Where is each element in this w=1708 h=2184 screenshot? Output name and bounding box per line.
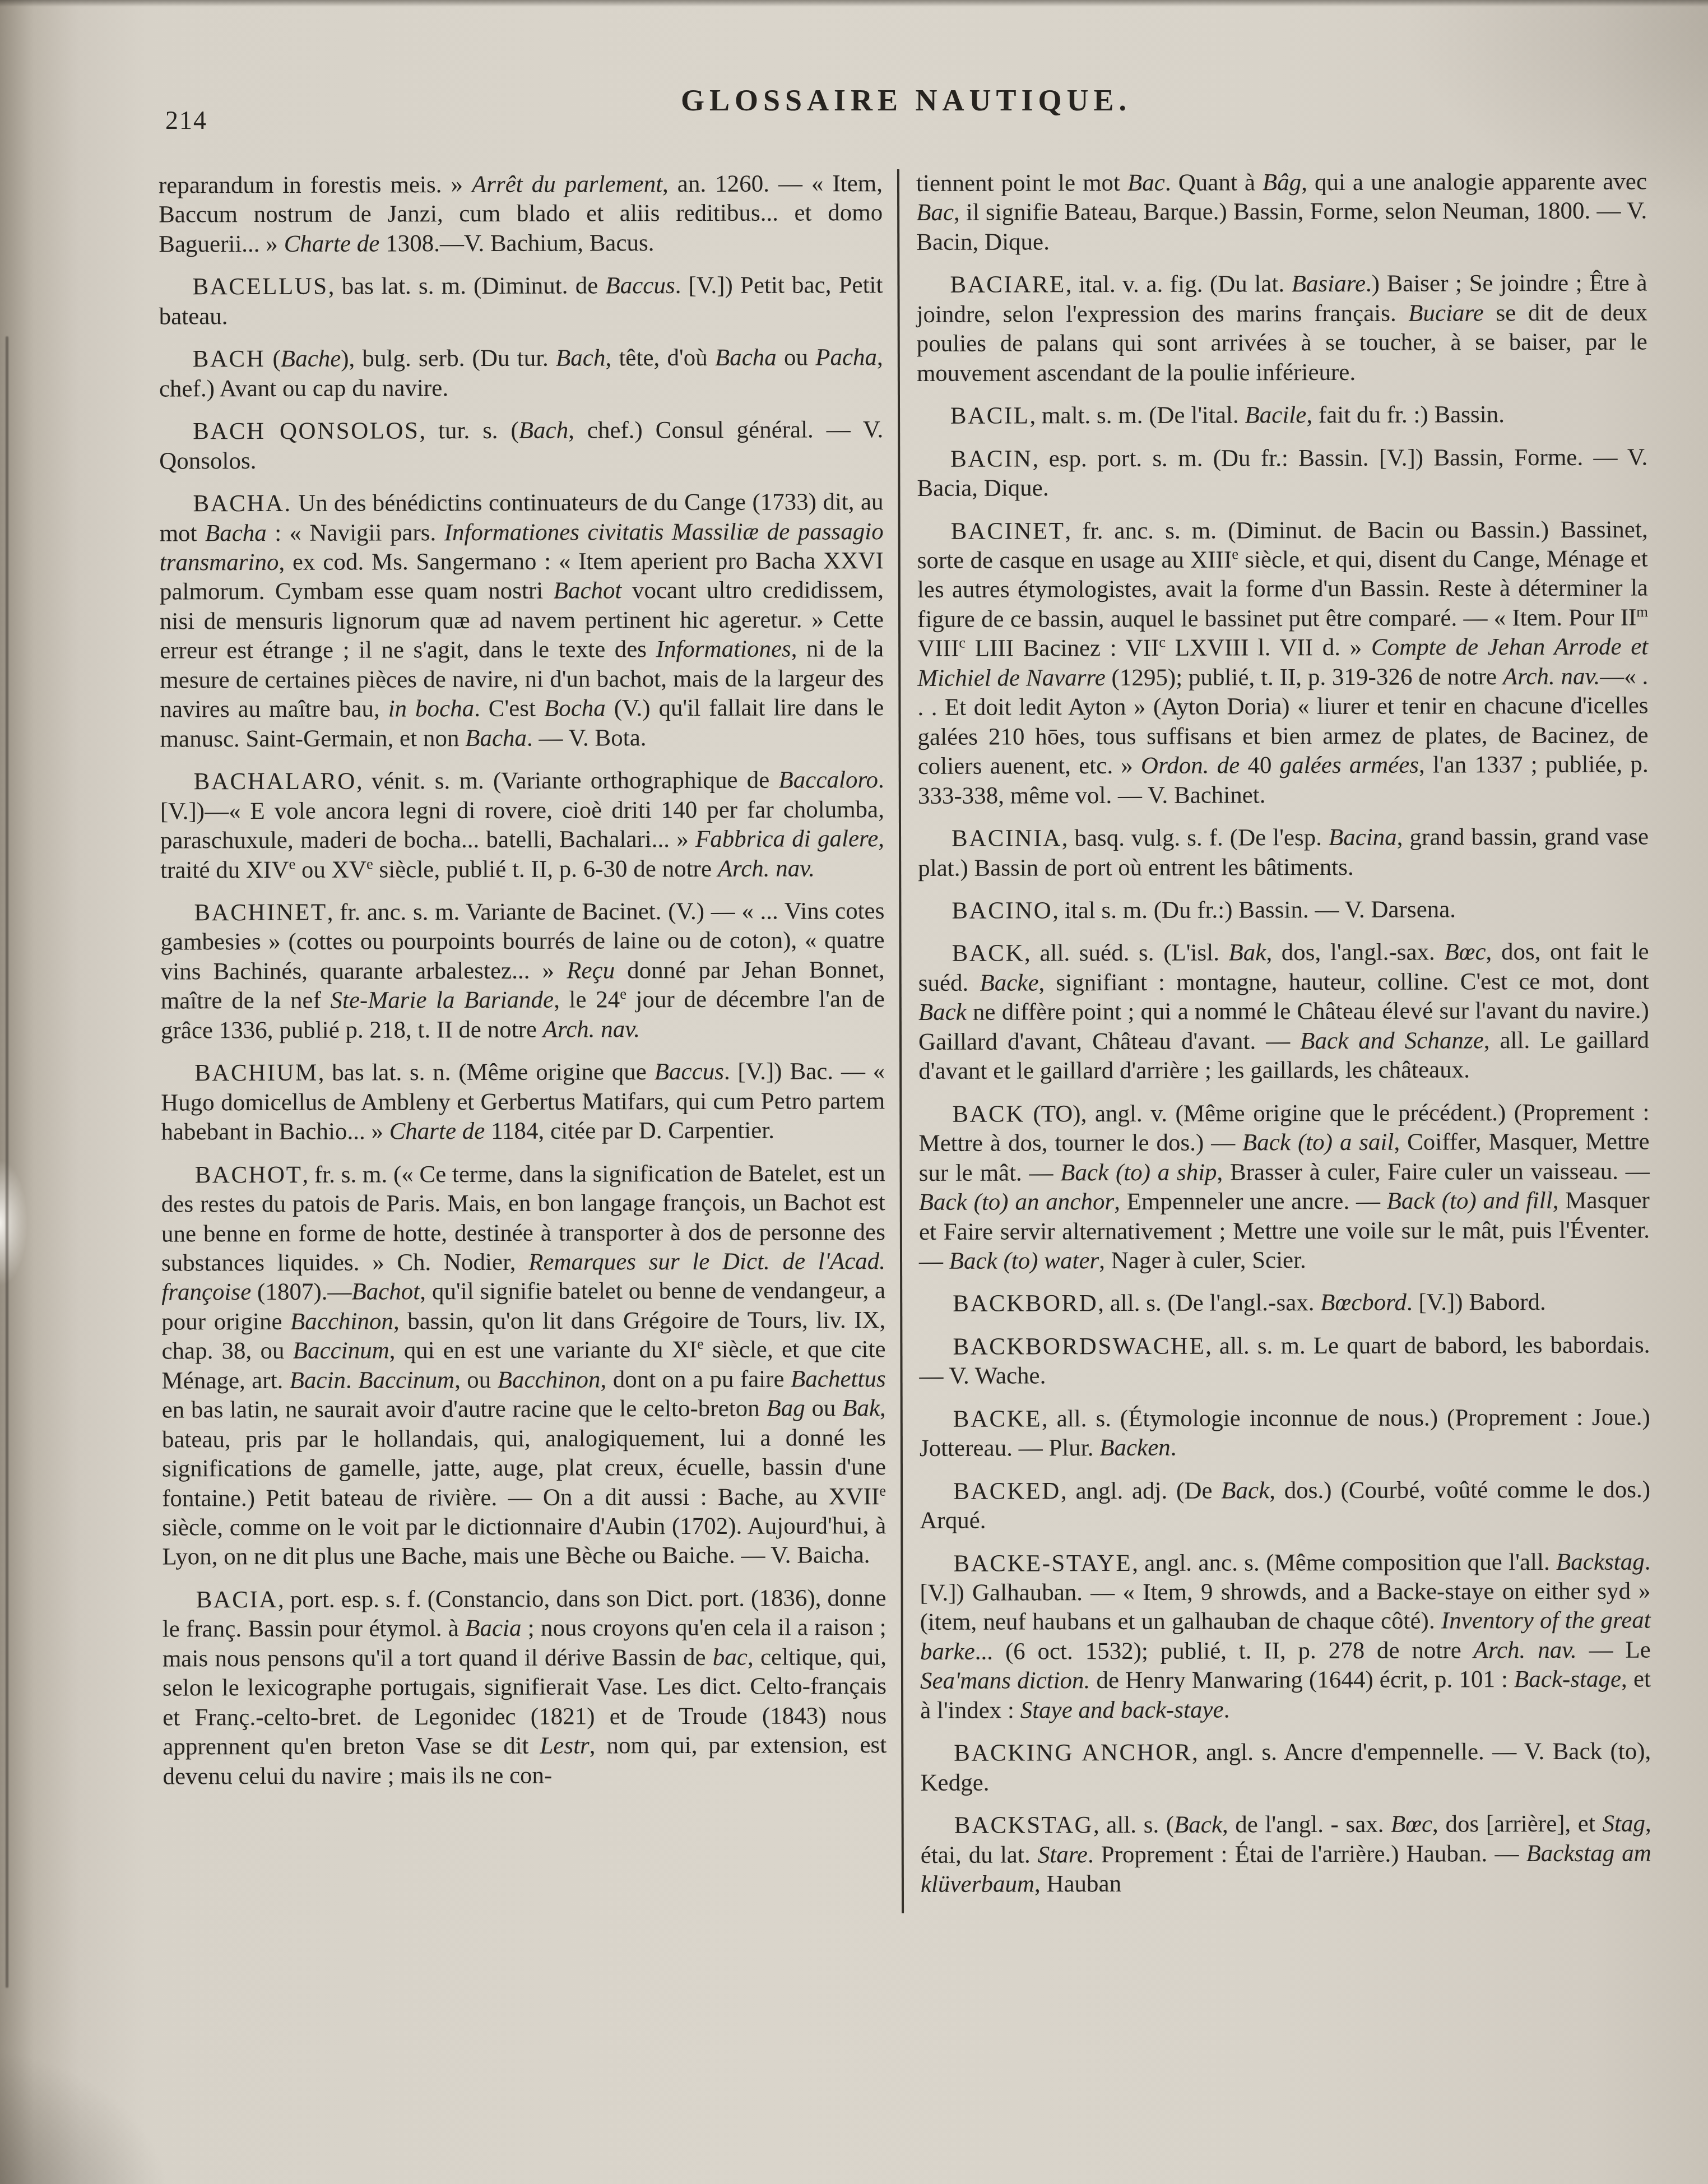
dictionary-entry: BACIN, esp. port. s. m. (Du fr.: Bassin.…: [917, 443, 1647, 503]
column-left: reparandum in forestis meis. » Arrêt du …: [159, 169, 887, 1915]
dictionary-entry: BACHA. Un des bénédictins continuateurs …: [159, 488, 884, 754]
dictionary-entry: BACINO, ital s. m. (Du fr.:) Bassin. — V…: [918, 894, 1649, 926]
dictionary-entry: BACH QONSOLOS, tur. s. (Bach, chef.) Con…: [159, 415, 883, 476]
dictionary-entry: BACHALARO, vénit. s. m. (Variante orthog…: [160, 766, 885, 885]
dictionary-entry: BACKBORDSWACHE, all. s. m. Le quart de b…: [919, 1330, 1650, 1391]
dictionary-entry: BACKE, all. s. (Étymologie inconnue de n…: [920, 1403, 1650, 1463]
dictionary-entry: BACHIUM, bas lat. s. n. (Même origine qu…: [161, 1057, 885, 1147]
column-divider-rule: [897, 169, 904, 1913]
dictionary-entry: BACKE-STAYE, angl. anc. s. (Même composi…: [920, 1547, 1651, 1726]
dictionary-entry: BACELLUS, bas lat. s. m. (Diminut. de Ba…: [159, 271, 883, 331]
text-block: reparandum in forestis meis. » Arrêt du …: [159, 168, 1654, 1916]
dictionary-entry: BACINET, fr. anc. s. m. (Diminut. de Bac…: [917, 515, 1649, 811]
dictionary-entry: BACH (Bache), bulg. serb. (Du tur. Bach,…: [159, 343, 883, 404]
dictionary-entry: BACKSTAG, all. s. (Back, de l'angl. - sa…: [921, 1810, 1651, 1900]
dictionary-entry: BACHOT, fr. s. m. (« Ce terme, dans la s…: [161, 1159, 887, 1573]
dictionary-entry: BACK (TO), angl. v. (Même origine que le…: [918, 1098, 1650, 1276]
dictionary-entry: tiennent point le mot Bac. Quant à Bâg, …: [916, 168, 1647, 258]
dictionary-entry: reparandum in forestis meis. » Arrêt du …: [159, 169, 883, 259]
dictionary-entry: BACKBORD, all. s. (De l'angl.-sax. Bœcbo…: [919, 1288, 1650, 1319]
dictionary-entry: BACK, all. suéd. s. (L'isl. Bak, dos, l'…: [918, 938, 1650, 1087]
dictionary-entry: BACHINET, fr. anc. s. m. Variante de Bac…: [160, 897, 885, 1046]
dictionary-entry: BACINIA, basq. vulg. s. f. (De l'esp. Ba…: [918, 823, 1649, 883]
running-head-title: GLOSSAIRE NAUTIQUE.: [161, 83, 1651, 118]
scanned-dictionary-page: 214 GLOSSAIRE NAUTIQUE. reparandum in fo…: [0, 0, 1708, 2184]
dictionary-entry: BACKING ANCHOR, angl. s. Ancre d'empenne…: [920, 1737, 1651, 1798]
column-right: tiennent point le mot Bac. Quant à Bâg, …: [916, 168, 1651, 1913]
dictionary-entry: BACKED, angl. adj. (De Back, dos.) (Cour…: [920, 1475, 1650, 1536]
dictionary-entry: BACIA, port. esp. s. f. (Constancio, dan…: [163, 1584, 887, 1792]
dictionary-entry: BACIL, malt. s. m. (De l'ital. Bacile, f…: [917, 400, 1647, 432]
dictionary-entry: BACIARE, ital. v. a. fig. (Du lat. Basia…: [916, 269, 1647, 388]
book-gutter-shadow: [6, 336, 8, 1988]
